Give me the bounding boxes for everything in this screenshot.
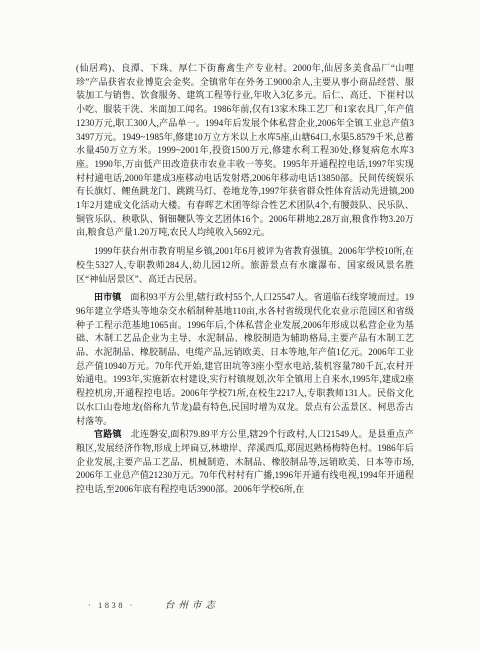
text-block: (仙居鸡)、良潭、下珠、厚仁下街畜禽生产专业村。2000年,仙居多美食品厂“山哩… <box>76 62 414 497</box>
book-title: 台州市志 <box>165 597 219 611</box>
paragraph-text: 面积93平方公里,辖行政村55个,人口25547人。省道临石线穿境而过。1996… <box>76 292 414 425</box>
page-footer: · 1838 · 台州市志 <box>88 597 219 611</box>
paragraph-tianshi-town: 田市镇面积93平方公里,辖行政村55个,人口25547人。省道临石线穿境而过。1… <box>76 291 414 428</box>
paragraph-text: (仙居鸡)、良潭、下珠、厚仁下街畜禽生产专业村。2000年,仙居多美食品厂“山哩… <box>76 63 414 237</box>
paragraph-text: 北连磐安,面积79.89平方公里,辖29个行政村,人口21549人。是县重点产粮… <box>76 429 414 494</box>
paragraph-lead-tianshi: 田市镇 <box>94 292 121 302</box>
paragraph-education-tourism: 1999年获台州市教育明星乡镇,2001年6月被评为省教育强镇。2006年学校1… <box>76 245 414 286</box>
book-page: (仙居鸡)、良潭、下珠、厚仁下街畜禽生产专业村。2000年,仙居多美食品厂“山哩… <box>0 0 480 651</box>
page-number: · 1838 · <box>88 600 135 610</box>
paragraph-continuation: (仙居鸡)、良潭、下珠、厚仁下街畜禽生产专业村。2000年,仙居多美食品厂“山哩… <box>76 62 414 240</box>
paragraph-guanlu-town: 官路镇北连磐安,面积79.89平方公里,辖29个行政村,人口21549人。是县重… <box>76 428 414 497</box>
paragraph-lead-guanlu: 官路镇 <box>94 429 122 439</box>
paragraph-text: 1999年获台州市教育明星乡镇,2001年6月被评为省教育强镇。2006年学校1… <box>76 246 414 283</box>
